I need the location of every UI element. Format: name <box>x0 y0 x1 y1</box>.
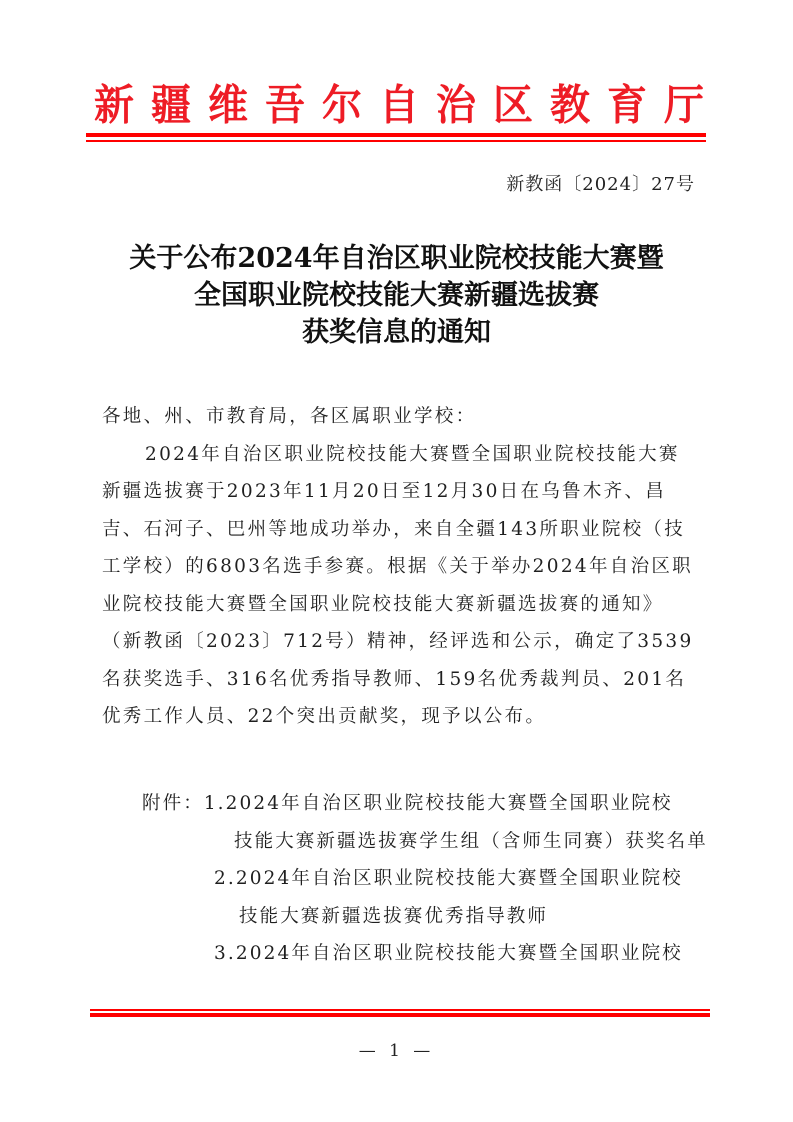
attachment-item-1-continued: 技能大赛新疆选拔赛学生组（含师生同赛）获奖名单 <box>142 823 702 861</box>
body-line: 吉、石河子、巴州等地成功举办，来自全疆143所职业院校（技 <box>102 511 694 549</box>
attachments-list: 附件：1.2024年自治区职业院校技能大赛暨全国职业院校 技能大赛新疆选拔赛学生… <box>142 785 702 973</box>
footer-rule-thin <box>90 1009 710 1011</box>
attachments-label: 附件： <box>142 793 204 814</box>
masthead-char: 新 <box>92 83 136 129</box>
attachment-item-1: 附件：1.2024年自治区职业院校技能大赛暨全国职业院校 <box>142 785 702 823</box>
body-line: 2024年自治区职业院校技能大赛暨全国职业院校技能大赛 <box>102 436 694 474</box>
footer-rule-thick <box>90 1013 710 1017</box>
body-line: 优秀工作人员、22个突出贡献奖，现予以公布。 <box>102 698 694 736</box>
body-line: 名获奖选手、316名优秀指导教师、159名优秀裁判员、201名 <box>102 661 694 699</box>
page-number: — 1 — <box>0 1041 793 1061</box>
header-rule-thin <box>86 140 706 142</box>
title-line: 获奖信息的通知 <box>0 314 793 351</box>
masthead-char: 维 <box>206 83 250 129</box>
attachment-item-2: 2.2024年自治区职业院校技能大赛暨全国职业院校 <box>142 860 702 898</box>
masthead-char: 自 <box>377 83 421 129</box>
masthead-title: 新 疆 维 吾 尔 自 治 区 教 育 厅 <box>92 84 706 128</box>
title-line: 关于公布2024年自治区职业院校技能大赛暨 <box>0 240 793 277</box>
masthead-char: 区 <box>491 83 535 129</box>
document-title: 关于公布2024年自治区职业院校技能大赛暨 全国职业院校技能大赛新疆选拔赛 获奖… <box>0 240 793 351</box>
masthead-char: 治 <box>434 83 478 129</box>
body-line: 新疆选拔赛于2023年11月20日至12月30日在乌鲁木齐、昌 <box>102 473 694 511</box>
body-line: 工学校）的6803名选手参赛。根据《关于举办2024年自治区职 <box>102 548 694 586</box>
masthead-char: 疆 <box>149 83 193 129</box>
masthead-char: 教 <box>548 83 592 129</box>
masthead-char: 厅 <box>662 83 706 129</box>
attachment-title: 1.2024年自治区职业院校技能大赛暨全国职业院校 <box>204 793 673 814</box>
salutation: 各地、州、市教育局，各区属职业学校： <box>102 398 694 436</box>
body-line: （新教函〔2023〕712号）精神，经评选和公示，确定了3539 <box>102 623 694 661</box>
header-rule-thick <box>86 133 706 137</box>
title-line: 全国职业院校技能大赛新疆选拔赛 <box>0 277 793 314</box>
attachment-item-3: 3.2024年自治区职业院校技能大赛暨全国职业院校 <box>142 935 702 973</box>
document-number: 新教函〔2024〕27号 <box>506 170 695 196</box>
masthead-char: 育 <box>605 83 649 129</box>
document-body: 各地、州、市教育局，各区属职业学校： 2024年自治区职业院校技能大赛暨全国职业… <box>102 398 694 736</box>
masthead-char: 尔 <box>320 83 364 129</box>
attachment-item-2-continued: 技能大赛新疆选拔赛优秀指导教师 <box>142 898 702 936</box>
masthead-char: 吾 <box>263 83 307 129</box>
body-line: 业院校技能大赛暨全国职业院校技能大赛新疆选拔赛的通知》 <box>102 586 694 624</box>
document-page: 新 疆 维 吾 尔 自 治 区 教 育 厅 新教函〔2024〕27号 关于公布2… <box>0 0 793 1122</box>
